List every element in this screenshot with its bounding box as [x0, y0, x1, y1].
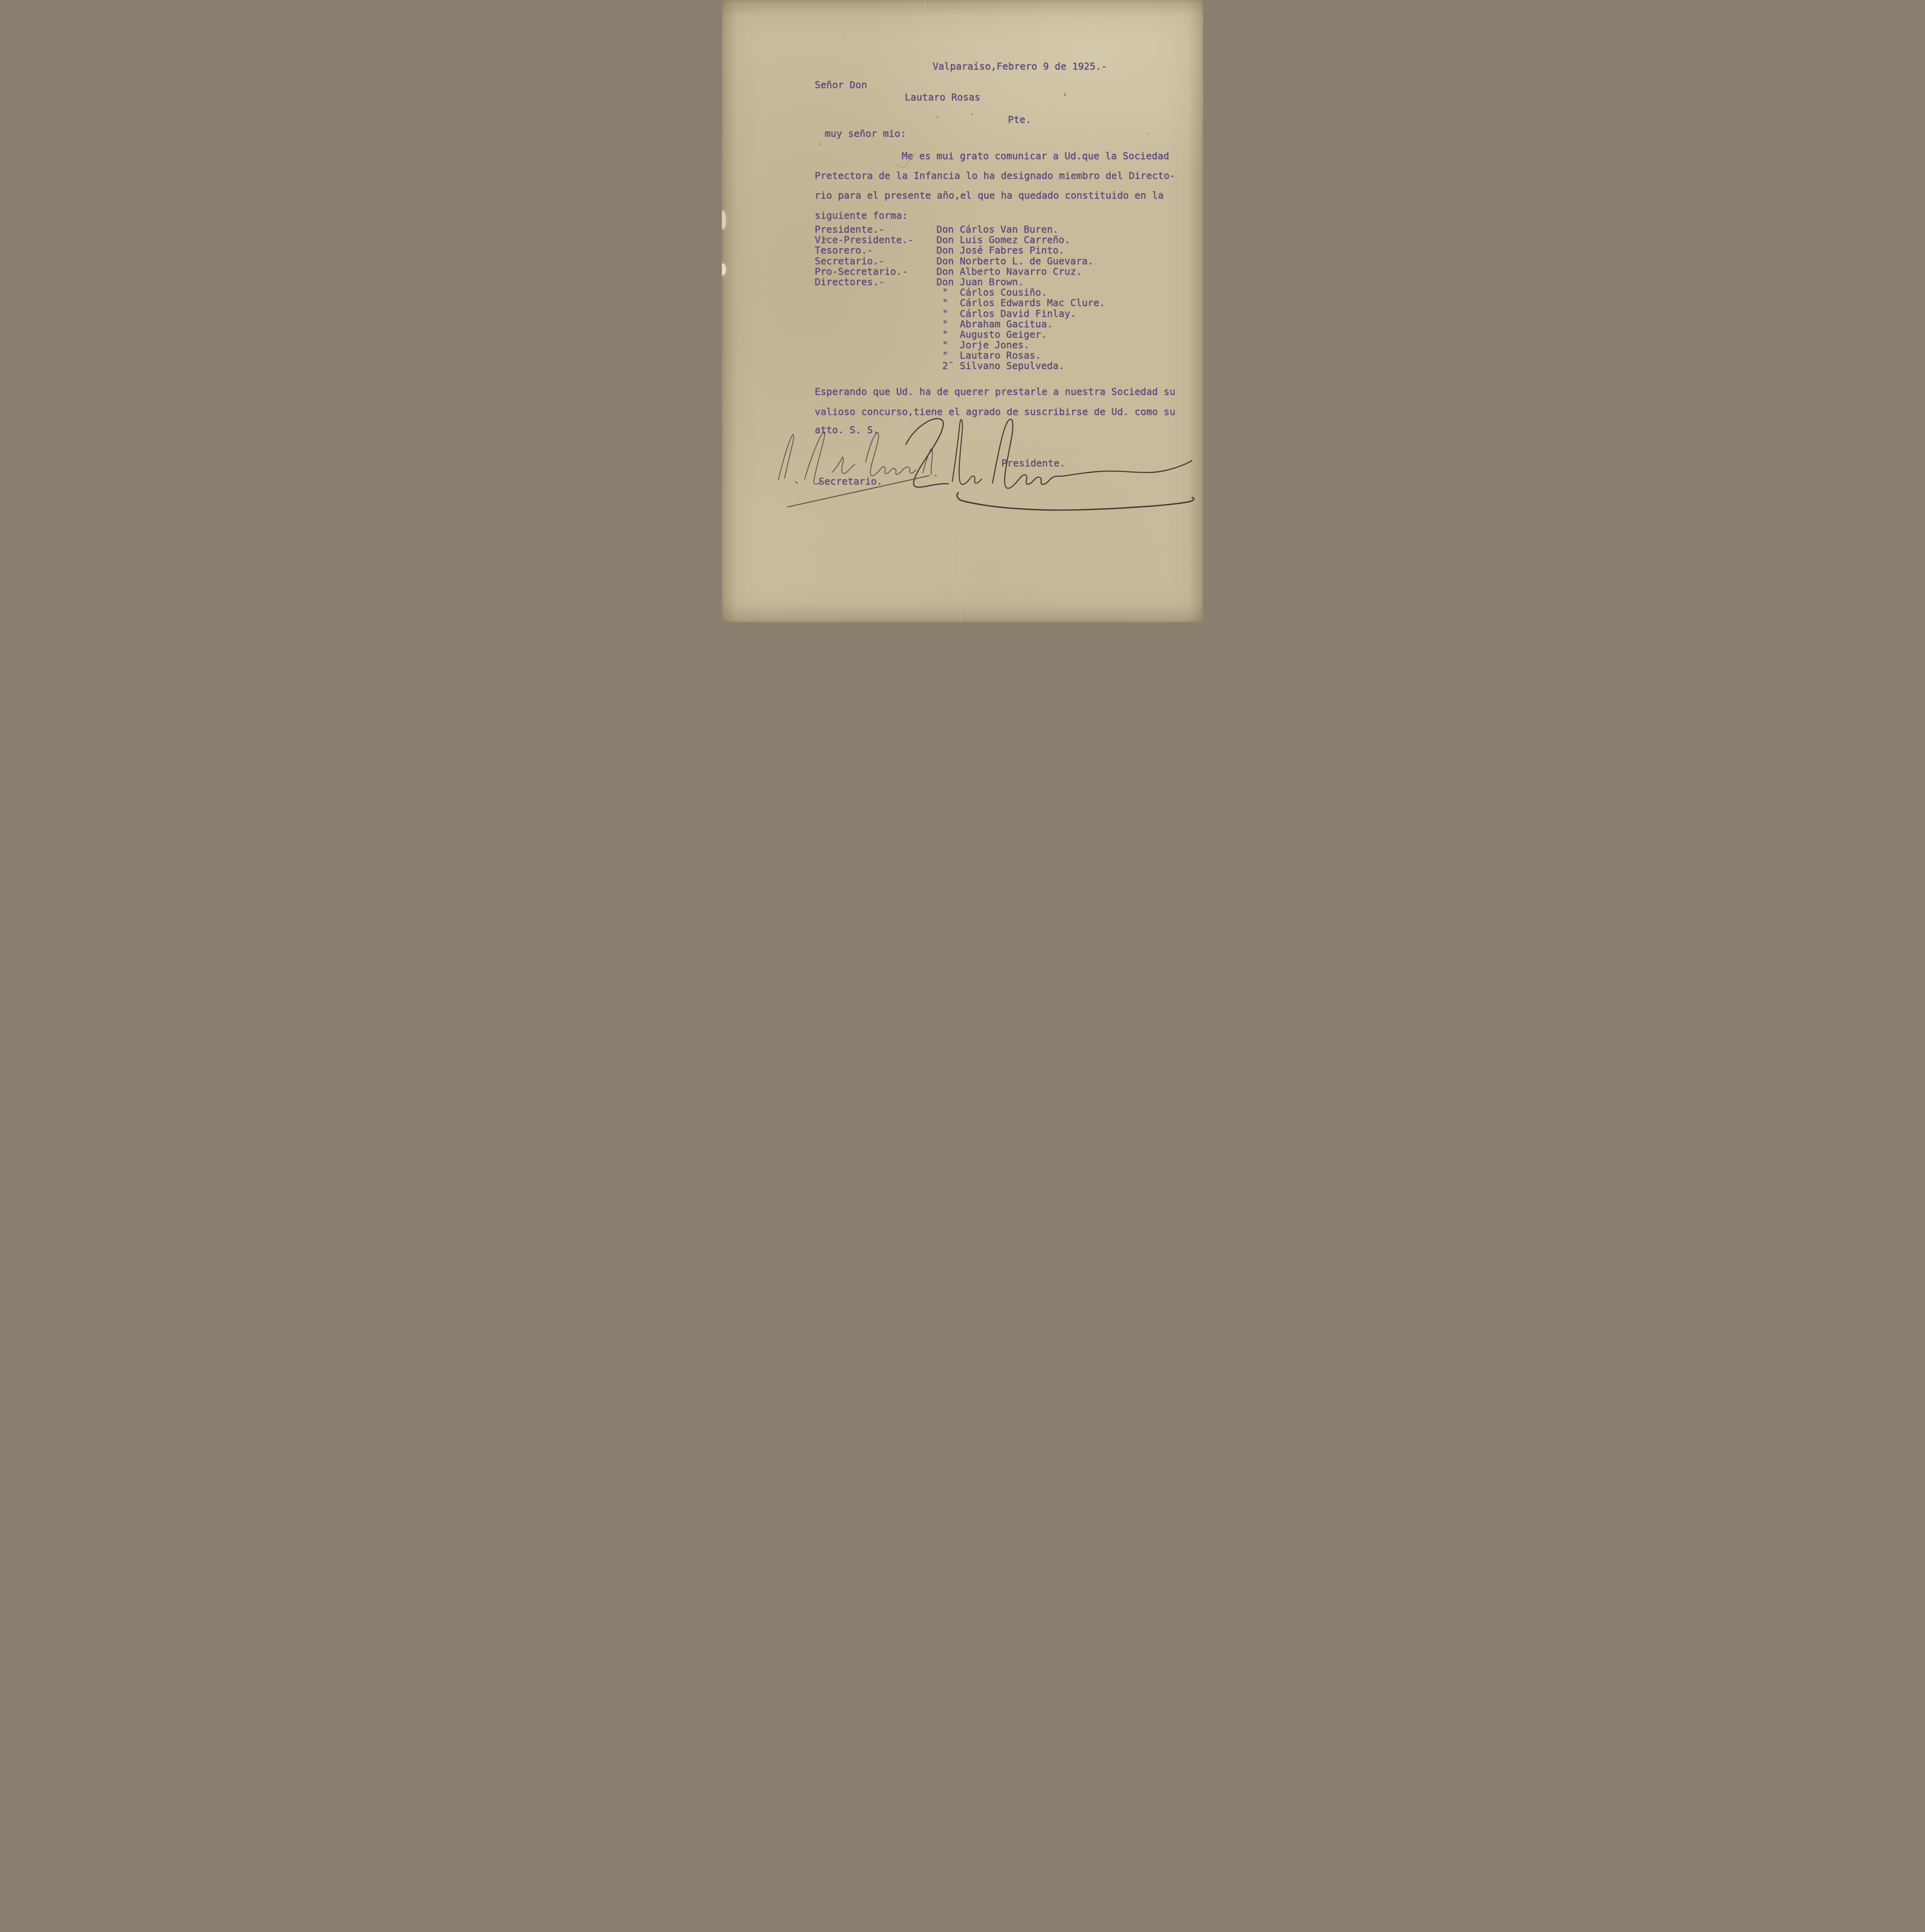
board-row: " Augusto Geiger. — [815, 329, 861, 340]
board-role: Secretario.- — [815, 256, 885, 266]
board-row: " Jorje Jones. — [815, 340, 861, 350]
board-role: Vice-Presidente.- — [815, 235, 914, 245]
letter-page: Valparaíso,Febrero 9 de 1925.- Señor Don… — [722, 0, 1203, 622]
body-line-1: Me es mui grato comunicar a Ud.que la So… — [902, 151, 1169, 161]
board-list: Presidente.- Don Cárlos Van Buren. Vice-… — [815, 224, 861, 371]
board-member: Don José Fabres Pinto. — [936, 245, 1064, 255]
secretary-title: Secretario. — [819, 476, 883, 486]
board-member: " Cárlos Cousiño. — [936, 287, 1047, 298]
board-member: " Augusto Geiger. — [936, 329, 1047, 340]
board-row: Tesorero.- Don José Fabres Pinto. — [815, 245, 861, 255]
paper-chip-left-2 — [722, 264, 726, 275]
recipient-salutation: Señor Don — [815, 80, 867, 90]
closing-line-2: valioso concurso,tiene el agrado de susc… — [815, 406, 1175, 417]
recipient-name: Lautaro Rosas — [905, 92, 980, 102]
board-member: Don Luis Gomez Carreño. — [936, 235, 1070, 245]
board-member: Don Norberto L. de Guevara. — [936, 256, 1093, 266]
body-line-4: siguiente forma: — [815, 210, 908, 221]
fold-crease-top — [925, 0, 926, 37]
board-member: Don Alberto Navarro Cruz. — [936, 266, 1082, 277]
board-role: Presidente.- — [815, 224, 885, 235]
board-row: " Cárlos David Finlay. — [815, 308, 861, 319]
board-member: " Lautaro Rosas. — [936, 350, 1041, 361]
body-line-3: rio para el presente año,el que ha queda… — [815, 190, 1164, 201]
board-row: 2̈ Silvano Sepulveda. — [815, 361, 861, 371]
foxing-spot — [1064, 93, 1065, 96]
board-row: " Lautaro Rosas. — [815, 350, 861, 361]
foxing-spot — [844, 35, 845, 36]
recipient-place: Pte. — [1008, 114, 1031, 125]
body-line-2: Pretectora de la Infancia lo ha designad… — [815, 170, 1175, 181]
board-row: Vice-Presidente.- Don Luis Gomez Carreño… — [815, 235, 861, 245]
closing-line-3: atto. S. S. — [815, 425, 879, 435]
board-member: " Cárlos Edwards Mac Clure. — [936, 298, 1105, 308]
board-role: Tesorero.- — [815, 245, 873, 255]
board-row: Directores.- Don Juan Brown. — [815, 277, 861, 287]
foxing-spot — [819, 143, 820, 145]
secretary-signature — [778, 432, 936, 507]
fold-crease-bottom — [960, 534, 961, 622]
foxing-spot — [1172, 522, 1173, 524]
stray-apostrophe-mark: ' — [970, 111, 974, 122]
dateline: Valparaíso,Febrero 9 de 1925.- — [933, 61, 1107, 71]
board-row: Secretario.- Don Norberto L. de Guevara. — [815, 256, 861, 266]
president-title: Presidente. — [1001, 458, 1065, 468]
board-row: Pro-Secretario.- Don Alberto Navarro Cru… — [815, 266, 861, 277]
board-row: " Abraham Gacitua. — [815, 319, 861, 329]
foxing-spot — [937, 116, 938, 119]
board-row: " Cárlos Edwards Mac Clure. — [815, 298, 861, 308]
board-row: Presidente.- Don Cárlos Van Buren. — [815, 224, 861, 235]
board-member: " Jorje Jones. — [936, 340, 1030, 350]
board-row: " Cárlos Cousiño. — [815, 287, 861, 298]
foxing-spot — [992, 564, 994, 566]
board-member: " Cárlos David Finlay. — [936, 308, 1076, 319]
foxing-spot — [1146, 133, 1148, 135]
board-role: Directores.- — [815, 277, 885, 287]
board-member: 2̈ Silvano Sepulveda. — [936, 361, 1064, 371]
paper-chip-left — [722, 211, 726, 229]
board-member: Don Cárlos Van Buren. — [936, 224, 1059, 235]
closing-line-1: Esperando que Ud. ha de querer prestarle… — [815, 386, 1175, 397]
board-member: Don Juan Brown. — [936, 277, 1024, 287]
greeting: muy señor mio: — [825, 128, 906, 139]
paper-sheet: Valparaíso,Febrero 9 de 1925.- Señor Don… — [722, 0, 1203, 622]
board-member: " Abraham Gacitua. — [936, 319, 1053, 329]
board-role: Pro-Secretario.- — [815, 266, 908, 277]
